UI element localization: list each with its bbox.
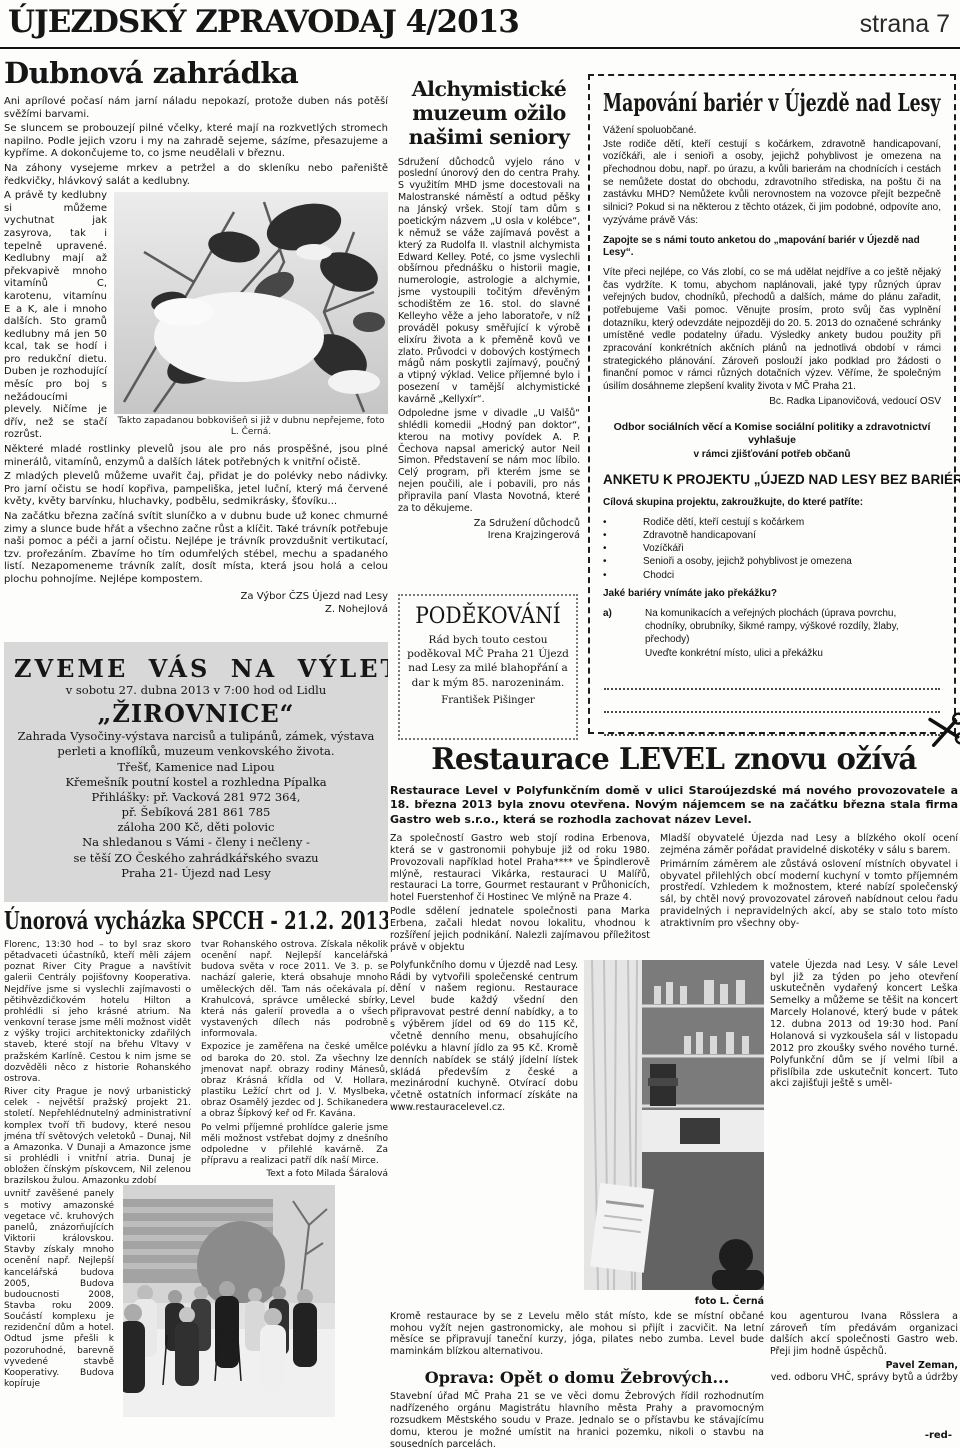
restaurant-photo-column: foto L. Černá [584, 960, 764, 1307]
invite-destination: „ŽIROVNICE“ [14, 699, 378, 728]
paragraph: Mladší obyvatelé Újezda nad Lesy a blízk… [660, 833, 958, 857]
article-alchymisticke-muzeum: Alchymistické muzeum ožilo našimi senior… [398, 60, 580, 588]
paragraph: Podle sdělení jednatele společnosti pana… [390, 906, 650, 954]
invite-line: se těší ZO Českého zahrádkářského svazu [14, 851, 378, 866]
restaurant-interior-photo [584, 960, 764, 1294]
bullet-icon: • [603, 542, 611, 555]
article-signature: ved. odboru VHČ, správy bytů a údržby [770, 1372, 958, 1384]
page-number: strana 7 [860, 10, 950, 39]
paragraph: Primárním záměrem ale zůstává oslovení m… [660, 859, 958, 930]
target-group-item: •Zdravotně handicapovaní [603, 529, 941, 542]
article-signature: Text a foto Milada Šáralová [201, 1169, 388, 1180]
masthead-title: ÚJEZDSKÝ ZPRAVODAJ 4/2013 [8, 4, 519, 40]
option-instruction: Uveďte konkrétní místo, ulici a překážku [645, 648, 941, 661]
paragraph: Na záhony vysejeme mrkev a petržel a do … [4, 163, 388, 188]
article-signature: Pavel Zeman, [770, 1360, 958, 1372]
target-group-text: Zdravotně handicapovaní [643, 529, 756, 542]
restaurace-right-bottom: kou agenturou Ivana Rösslera a zároveň t… [770, 1311, 958, 1448]
paragraph: Za společností Gastro web stojí rodina E… [390, 833, 650, 904]
salutation: Vážení spoluobčané. [603, 125, 941, 138]
target-group-text: Vozíčkáři [643, 542, 684, 555]
article-title-unorova: Únorová vycházka SPCCH - 21.2. 2013 [4, 906, 292, 935]
invite-line: Třešť, Kamenice nad Lipou [14, 760, 378, 775]
article-signature: Za Sdružení důchodců [398, 518, 580, 530]
target-group-label: Cílová skupina projektu, zakroužkujte, d… [603, 497, 941, 510]
invite-line: Praha 21- Újezd nad Lesy [14, 866, 378, 881]
paragraph: Florenc, 13:30 hod – to byl sraz skoro p… [4, 940, 191, 1085]
paragraph: kou agenturou Ivana Rösslera a zároveň t… [770, 1311, 958, 1359]
restaurant-interior-photo-image [584, 960, 764, 1290]
target-group-item: •Rodiče dětí, kteří cestují s kočárkem [603, 516, 941, 529]
photo-caption: foto L. Černá [584, 1296, 764, 1307]
article-lede: Restaurace Level v Polyfunkčním domě v u… [390, 784, 958, 827]
invite-line: v sobotu 27. dubna 2013 v 7:00 hod od Li… [14, 683, 378, 698]
article-title-dubnova: Dubnová zahrádka [4, 56, 388, 90]
article-dubnova-zahradka: Dubnová zahrádka Ani aprílové počasí nám… [4, 56, 388, 636]
correction-title: Oprava: Opět o domu Žebrových... [390, 1368, 764, 1387]
invite-line: záloha 200 Kč, děti polovic [14, 820, 378, 835]
invite-phone-line: Přihlášky: př. Vacková 281 972 364, [14, 790, 378, 805]
question-label: Jaké bariéry vnímáte jako překážku? [603, 588, 941, 601]
correction-body: Stavební úřad MČ Praha 21 se ve věci dom… [390, 1391, 764, 1448]
restaurace-left-column: Za společností Gastro web stojí rodina E… [390, 833, 650, 956]
paragraph: Jste rodiče dětí, kteří cestují s kočárk… [603, 139, 941, 228]
target-group-text: Senioři a osoby, jejichž pohyblivost je … [643, 555, 852, 568]
barriers-survey-box: Mapování bariér v Újezdě nad Lesy Vážení… [588, 74, 956, 734]
paragraph: Víte přeci nejlépe, co Vás zlobí, co se … [603, 267, 941, 394]
answer-line [604, 667, 940, 690]
article-unorova-vychazka: Únorová vycházka SPCCH - 21.2. 2013 Flor… [4, 906, 388, 1448]
paragraph: Expozice je zaměřena na české umělce od … [201, 1042, 388, 1120]
paragraph: Ani aprílové počasí nám jarní náladu nep… [4, 96, 388, 121]
article-signature: Bc. Radka Lipanovičová, vedoucí OSV [603, 396, 941, 407]
bullet-icon: • [603, 529, 611, 542]
paragraph: Některé mladé rostlinky plevelů jsou ale… [4, 444, 388, 469]
invite-phone-line: př. Šebíková 281 861 785 [14, 805, 378, 820]
restaurace-left-bottom: Kromě restaurace by se z Levelu mělo stá… [390, 1311, 764, 1448]
announcement-line: Odbor sociálních věcí a Komise sociální … [603, 421, 941, 448]
target-group-item: •Senioři a osoby, jejichž pohyblivost je… [603, 555, 941, 568]
bullet-icon: • [603, 555, 611, 568]
article-signature: Irena Krajzingerová [398, 530, 580, 542]
invite-title: ZVEME VÁS NA VÝLET [14, 654, 378, 683]
photo-caption: Takto zapadanou bobkovišeň si již v dubn… [114, 416, 388, 438]
walking-group-photo [123, 1185, 335, 1417]
unorova-column-2: tvar Rohanského ostrova. Získala několik… [201, 940, 388, 1417]
paragraph: tvar Rohanského ostrova. Získala několik… [201, 940, 388, 1040]
article-title-mapovani: Mapování bariér v Újezdě nad Lesy [603, 88, 846, 117]
paragraph: Odpoledne jsme v divadle „U Valšů“ shléd… [398, 408, 580, 515]
thank-you-title: PODĚKOVÁNÍ [413, 604, 564, 629]
survey-title: ANKETU K PROJEKTU „ÚJEZD NAD LESY BEZ BA… [603, 472, 941, 487]
invite-line: Zahrada Vysočiny-výstava narcisů a tulip… [14, 729, 378, 759]
announcement-line: v rámci zjišťování potřeb občanů [603, 449, 941, 462]
article-title-alchymisticke: Alchymistické muzeum ožilo našimi senior… [398, 77, 580, 150]
header-divider [0, 47, 960, 49]
paragraph: Po velmi příjemné prohlídce galerie jsme… [201, 1123, 388, 1168]
paragraph-wrap: uvnitř zavěšené panely s motivy amazonsk… [4, 1189, 114, 1390]
garden-snow-photo-image [114, 192, 388, 414]
answer-line [604, 690, 940, 713]
title-line: našimi seniory [398, 125, 580, 149]
editorial-signature: -red- [925, 1430, 952, 1441]
walking-group-photo-image [123, 1185, 335, 1417]
target-group-text: Chodci [643, 569, 674, 582]
correction-note: Oprava: Opět o domu Žebrových... Stavebn… [390, 1368, 764, 1448]
restaurace-right-narrow: vatele Újezda nad Lesy. V sále Level byl… [770, 960, 958, 1307]
paragraph: Se sluncem se probouzejí pilné včelky, k… [4, 123, 388, 161]
thank-you-box: PODĚKOVÁNÍ Rád bych touto cestou poděkov… [398, 594, 578, 740]
answer-option-a: a) Na komunikacích a veřejných plochách … [603, 608, 941, 663]
restaurace-right-column: Mladší obyvatelé Újezda nad Lesy a blízk… [660, 833, 958, 956]
answer-line [604, 713, 940, 736]
article-signature: Z. Nohejlová [4, 603, 388, 616]
option-letter: a) [603, 608, 645, 663]
restaurace-left-narrow: Polyfunkčního domu v Újezdě nad Lesy. Rá… [390, 960, 578, 1307]
target-group-item: •Chodci [603, 569, 941, 582]
option-text: Na komunikacích a veřejných plochách (úp… [645, 608, 941, 646]
article-signature: Za Výbor ČZS Újezd nad Lesy [4, 590, 388, 603]
survey-callout: Zapojte se s námi touto anketou do „mapo… [603, 235, 941, 260]
target-group-text: Rodiče dětí, kteří cestují s kočárkem [643, 516, 804, 529]
newspaper-page: ÚJEZDSKÝ ZPRAVODAJ 4/2013 strana 7 Dubno… [0, 0, 960, 1448]
paragraph: Polyfunkčního domu v Újezdě nad Lesy. Rá… [390, 960, 578, 1114]
invite-line: Na shledanou s Vámi - členy i nečleny - [14, 835, 378, 850]
paragraph: Na začátku března začíná svítit sluníčko… [4, 511, 388, 587]
thank-you-signature: František Pišinger [406, 695, 570, 706]
article-restaurace-level: Restaurace LEVEL znovu ožívá Restaurace … [390, 740, 958, 1448]
title-line: Alchymistické [398, 77, 580, 101]
paragraph: Kromě restaurace by se z Levelu mělo stá… [390, 1311, 764, 1359]
thank-you-body: Rád bych touto cestou poděkoval MČ Praha… [406, 633, 570, 690]
paragraph: Sdružení důchodců vyjelo ráno v poslední… [398, 157, 580, 406]
invite-line: Křemešník poutní kostel a rozhledna Pípa… [14, 775, 378, 790]
article-title-restaurace: Restaurace LEVEL znovu ožívá [399, 742, 950, 777]
target-group-item: •Vozíčkáři [603, 542, 941, 555]
paragraph: River city Prague je nový urbanistický c… [4, 1087, 191, 1187]
garden-snow-photo: Takto zapadanou bobkovišeň si již v dubn… [114, 192, 388, 438]
bullet-icon: • [603, 516, 611, 529]
bullet-icon: • [603, 569, 611, 582]
paragraph: vatele Újezda nad Lesy. V sále Level byl… [770, 960, 958, 1091]
title-line: muzeum ožilo [398, 101, 580, 125]
trip-invitation-box: ZVEME VÁS NA VÝLET v sobotu 27. dubna 20… [4, 642, 388, 902]
paragraph: Z mladých plevelů můžeme uvařit čaj, při… [4, 471, 388, 509]
target-group-list: •Rodiče dětí, kteří cestují s kočárkem •… [603, 516, 941, 582]
